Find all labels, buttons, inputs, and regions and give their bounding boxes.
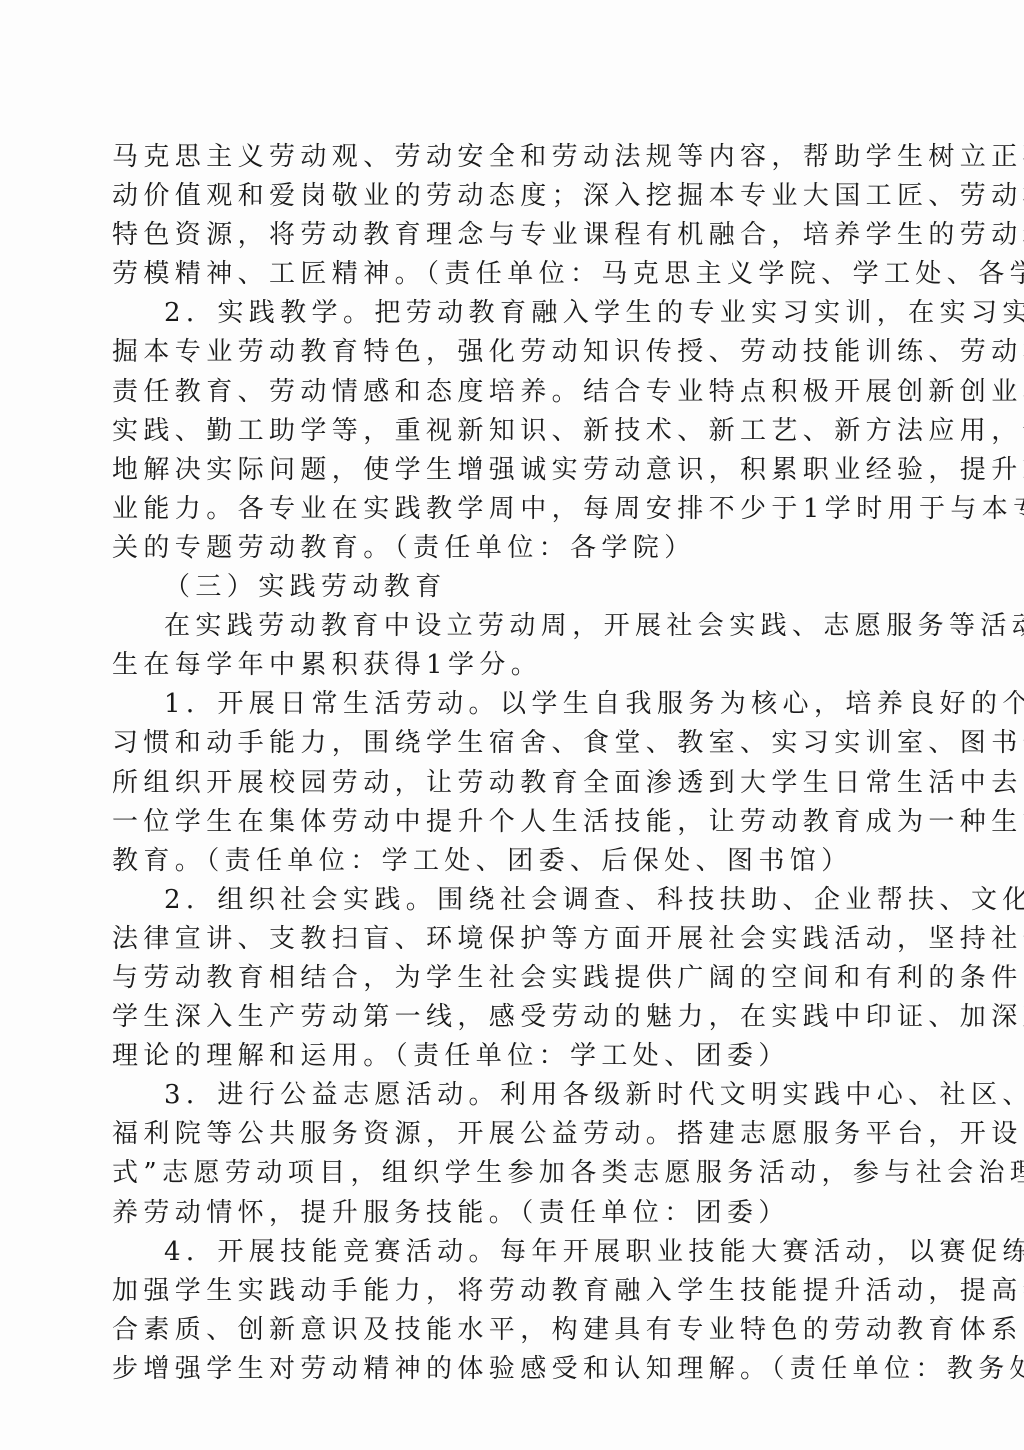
paragraph-start-practice-teaching: 2．实践教学。把劳动教育融入学生的专业实习实训，在实习实训中挖 bbox=[112, 294, 892, 333]
text-line: 所组织开展校园劳动，让劳动教育全面渗透到大学生日常生活中去，让每 bbox=[112, 764, 892, 803]
text-line: 马克思主义劳动观、劳动安全和劳动法规等内容，帮助学生树立正确的劳 bbox=[112, 138, 892, 177]
text-line: 生在每学年中累积获得1学分。 bbox=[112, 646, 892, 685]
document-page: 马克思主义劳动观、劳动安全和劳动法规等内容，帮助学生树立正确的劳 动价值观和爱岗… bbox=[112, 138, 892, 1389]
text-line: 掘本专业劳动教育特色，强化劳动知识传授、劳动技能训练、劳动权利和 bbox=[112, 333, 892, 372]
paragraph-start-skills-contest: 4．开展技能竞赛活动。每年开展职业技能大赛活动，以赛促练，全面 bbox=[112, 1233, 892, 1272]
section-heading: （三）实践劳动教育 bbox=[112, 568, 892, 607]
text-line: 合素质、创新意识及技能水平，构建具有专业特色的劳动教育体系，进一 bbox=[112, 1311, 892, 1350]
text-line: 劳模精神、工匠精神。（责任单位：马克思主义学院、学工处、各学院） bbox=[112, 255, 892, 294]
text-line: 习惯和动手能力，围绕学生宿舍、食堂、教室、实习实训室、图书馆等场 bbox=[112, 724, 892, 763]
text-line: 特色资源，将劳动教育理念与专业课程有机融合，培养学生的劳动精神、 bbox=[112, 216, 892, 255]
text-line: 业能力。各专业在实践教学周中，每周安排不少于1学时用于与本专业相 bbox=[112, 490, 892, 529]
text-line: 地解决实际问题，使学生增强诚实劳动意识，积累职业经验，提升就业创 bbox=[112, 451, 892, 490]
paragraph-start-volunteer: 3．进行公益志愿活动。利用各级新时代文明实践中心、社区、敬老院、 bbox=[112, 1076, 892, 1115]
paragraph-start-intro: 在实践劳动教育中设立劳动周，开展社会实践、志愿服务等活动，学 bbox=[112, 607, 892, 646]
text-line: 教育。（责任单位：学工处、团委、后保处、图书馆） bbox=[112, 842, 892, 881]
paragraph-start-social-practice: 2．组织社会实践。围绕社会调查、科技扶助、企业帮扶、文化宣传、 bbox=[112, 881, 892, 920]
text-line: 式”志愿劳动项目，组织学生参加各类志愿服务活动，参与社会治理，培 bbox=[112, 1154, 892, 1193]
text-line: 动价值观和爱岗敬业的劳动态度；深入挖掘本专业大国工匠、劳动模范等 bbox=[112, 177, 892, 216]
text-line: 理论的理解和运用。（责任单位：学工处、团委） bbox=[112, 1037, 892, 1076]
text-line: 加强学生实践动手能力，将劳动教育融入学生技能提升活动，提高学生综 bbox=[112, 1272, 892, 1311]
text-line: 一位学生在集体劳动中提升个人生活技能，让劳动教育成为一种生活养成 bbox=[112, 803, 892, 842]
text-line: 实践、勤工助学等，重视新知识、新技术、新工艺、新方法应用，创造性 bbox=[112, 412, 892, 451]
text-line: 法律宣讲、支教扫盲、环境保护等方面开展社会实践活动，坚持社会实践 bbox=[112, 920, 892, 959]
text-line: 与劳动教育相结合，为学生社会实践提供广阔的空间和有利的条件，组织 bbox=[112, 959, 892, 998]
paragraph-start-daily-labor: 1．开展日常生活劳动。以学生自我服务为核心，培养良好的个人生活 bbox=[112, 685, 892, 724]
text-line: 关的专题劳动教育。（责任单位：各学院） bbox=[112, 529, 892, 568]
text-line: 福利院等公共服务资源，开展公益劳动。搭建志愿服务平台，开设“菜单 bbox=[112, 1115, 892, 1154]
text-line: 学生深入生产劳动第一线，感受劳动的魅力，在实践中印证、加深对所学 bbox=[112, 998, 892, 1037]
text-line: 责任教育、劳动情感和态度培养。结合专业特点积极开展创新创业、社会 bbox=[112, 373, 892, 412]
text-line: 步增强学生对劳动精神的体验感受和认知理解。（责任单位：教务处、团委、 bbox=[112, 1350, 892, 1389]
text-line: 养劳动情怀，提升服务技能。（责任单位：团委） bbox=[112, 1194, 892, 1233]
